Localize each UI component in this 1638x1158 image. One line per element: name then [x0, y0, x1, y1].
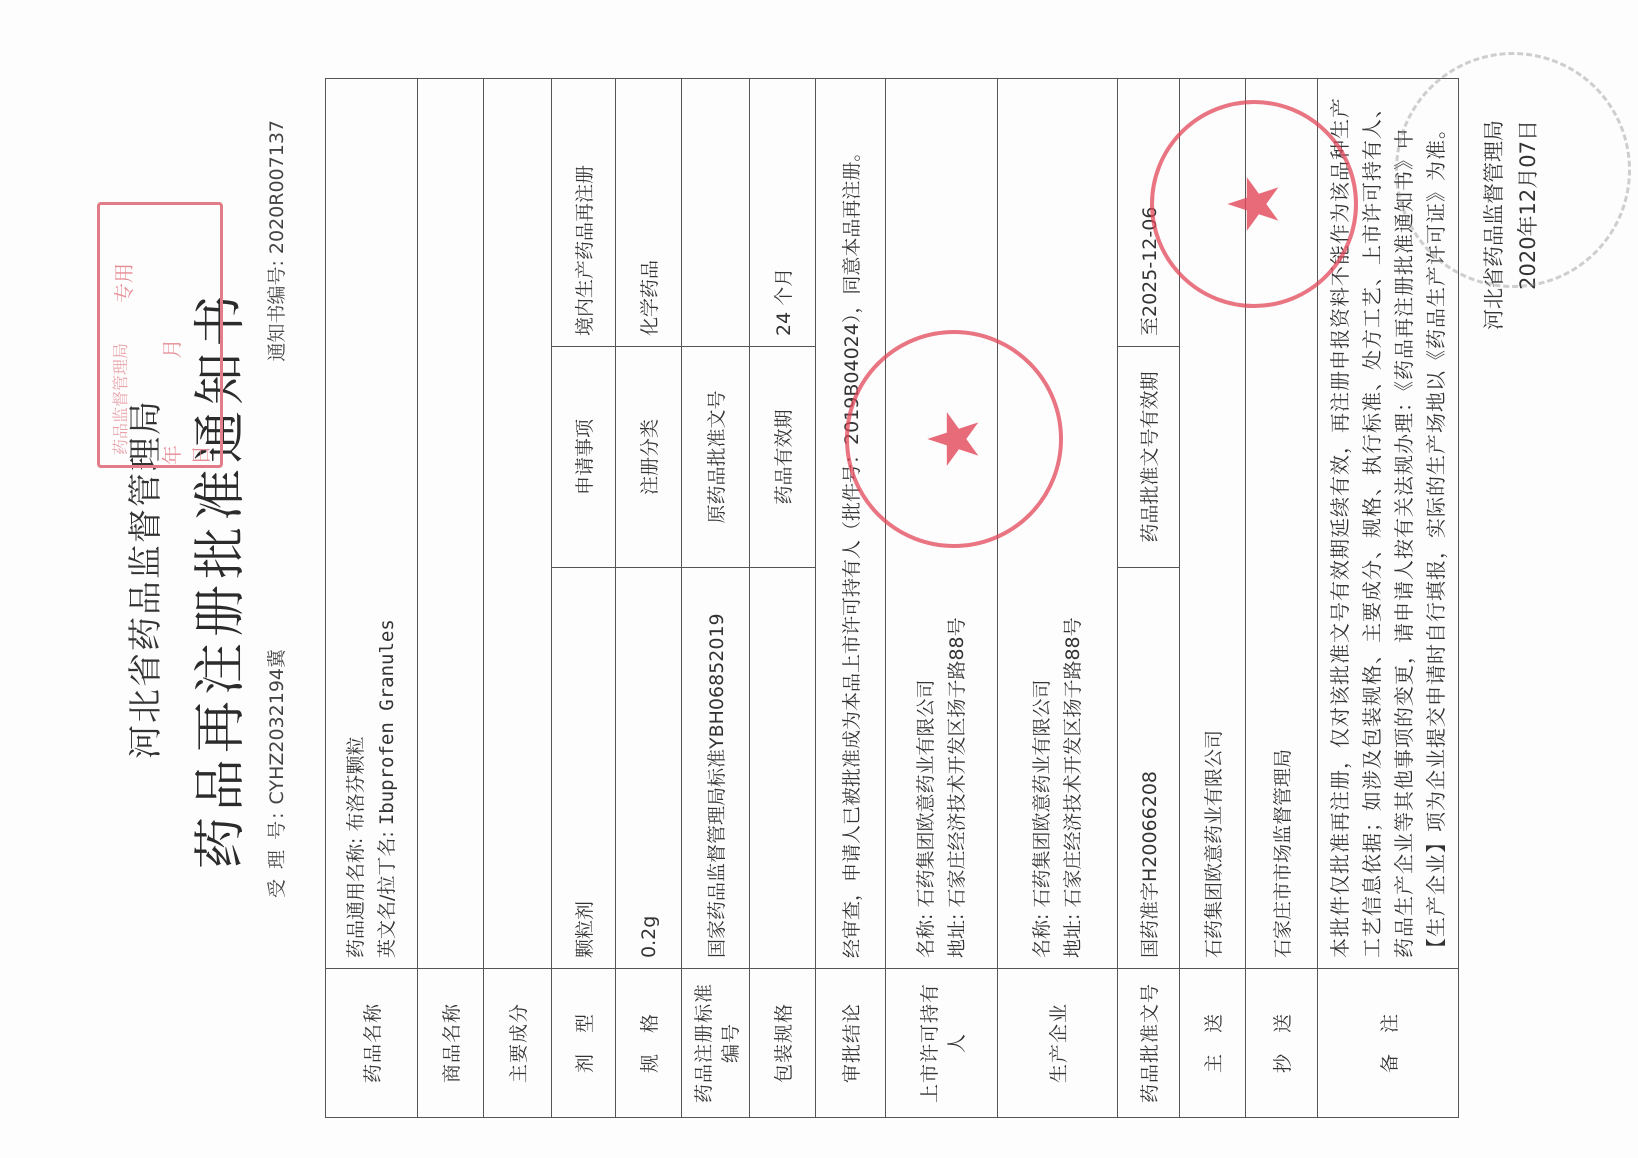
registration-category-value: 化学药品	[616, 79, 682, 347]
english-name-value: Ibuprofen Granules	[376, 619, 398, 825]
approval-table: 药品名称 药品通用名称: 布洛芬颗粒 英文名/拉丁名: Ibuprofen Gr…	[325, 78, 1459, 1118]
notice-number: 通知书编号: 2020R007137	[262, 120, 289, 362]
original-approval-number-label: 原药品批准文号	[682, 347, 750, 568]
cc-value: 石家庄市市场监督管理局	[1246, 79, 1318, 969]
remarks-label: 备 注	[1318, 969, 1459, 1118]
table-row: 包装规格 药品有效期 24 个月	[750, 79, 816, 1118]
issuing-authority-heading: 河北省药品监督管理局	[118, 0, 167, 1158]
document-meta: 受 理 号: CYHZ2032194冀 通知书编号: 2020R007137	[262, 120, 289, 898]
application-type-label: 申请事项	[552, 347, 616, 568]
application-type-value: 境内生产药品再注册	[552, 79, 616, 347]
manufacturer-address-label: 地址:	[1062, 914, 1084, 958]
trade-name-value	[418, 79, 484, 969]
primary-recipient-label: 主 送	[1180, 969, 1246, 1118]
manufacturer-cell: 名称: 石药集团欧意药业有限公司 地址: 石家庄经济技术开发区扬子路88号	[998, 79, 1118, 969]
remarks-line: 本批件仅批准再注册，仅对该批准文号有效期延续有效，再注册申报资料不能作为该品种生…	[1324, 89, 1356, 958]
table-row: 生产企业 名称: 石药集团欧意药业有限公司 地址: 石家庄经济技术开发区扬子路8…	[998, 79, 1118, 1118]
mah-name-value: 石药集团欧意药业有限公司	[915, 680, 937, 908]
conclusion-value: 经审查，申请人已被批准成为本品上市许可持有人（批件号：2019B04024），同…	[816, 79, 886, 969]
packaging-value	[750, 568, 816, 969]
main-ingredient-value	[484, 79, 552, 969]
acceptance-number: 受 理 号: CYHZ2032194冀	[262, 649, 289, 898]
red-box-stamp: 药品监督管理局 专用 年 月 日	[97, 202, 223, 468]
manufacturer-address-value: 石家庄经济技术开发区扬子路88号	[1062, 617, 1084, 907]
table-row: 主 送 石药集团欧意药业有限公司	[1180, 79, 1246, 1118]
document-title: 药品再注册批准通知书	[178, 0, 253, 1158]
mah-cell: 名称: 石药集团欧意药业有限公司 地址: 石家庄经济技术开发区扬子路88号	[886, 79, 998, 969]
table-row: 商品名称	[418, 79, 484, 1118]
english-name-label: 英文名/拉丁名:	[376, 831, 398, 958]
table-row: 抄 送 石家庄市市场监督管理局	[1246, 79, 1318, 1118]
table-row: 审批结论 经审查，申请人已被批准成为本品上市许可持有人（批件号：2019B040…	[816, 79, 886, 1118]
table-row: 药品批准文号 国药准字H20066208 药品批准文号有效期 至2025-12-…	[1118, 79, 1180, 1118]
specification-value: 0.2g	[616, 568, 682, 969]
manufacturer-name-value: 石药集团欧意药业有限公司	[1031, 680, 1053, 908]
notice-document: 河北省药品监督管理局 药品再注册批准通知书 药品监督管理局 专用 年 月 日 受…	[0, 0, 1638, 1158]
table-row: 药品注册标准编号 国家药品监督管理局标准YBH06852019 原药品批准文号	[682, 79, 750, 1118]
drug-name-label: 药品名称	[326, 969, 418, 1118]
remarks-line: 【生产企业】项为企业提交申请时自行填报，实际的生产场地以《药品生产许可证》为准。	[1420, 89, 1452, 958]
mah-name-label: 名称:	[915, 914, 937, 958]
red-box-date-text: 年 月 日	[156, 215, 214, 465]
packaging-label: 包装规格	[750, 969, 816, 1118]
cc-label: 抄 送	[1246, 969, 1318, 1118]
table-row: 规 格 0.2g 注册分类 化学药品	[616, 79, 682, 1118]
signature-date: 2020年12月07日	[1512, 120, 1546, 330]
notice-number-value: 2020R007137	[266, 120, 288, 254]
mah-label: 上市许可持有人	[886, 969, 998, 1118]
mah-address-value: 石家庄经济技术开发区扬子路88号	[946, 617, 968, 907]
remarks-line: 药品生产企业等其他事项的变更，请申请人按有关法规办理：《药品再注册批准通知书》中	[1388, 89, 1420, 958]
table-row: 剂 型 颗粒剂 申请事项 境内生产药品再注册	[552, 79, 616, 1118]
notice-number-label: 通知书编号:	[266, 260, 288, 361]
remarks-cell: 本批件仅批准再注册，仅对该批准文号有效期延续有效，再注册申报资料不能作为该品种生…	[1318, 79, 1459, 969]
red-box-top-text: 药品监督管理局	[108, 343, 131, 455]
acceptance-number-label: 受 理 号:	[266, 811, 288, 898]
main-ingredient-label: 主要成分	[484, 969, 552, 1118]
acceptance-number-value: CYHZ2032194冀	[266, 649, 288, 804]
table-row: 主要成分	[484, 79, 552, 1118]
manufacturer-name-label: 名称:	[1031, 914, 1053, 958]
approval-validity-label: 药品批准文号有效期	[1118, 347, 1180, 568]
shelf-life-label: 药品有效期	[750, 347, 816, 568]
registration-category-label: 注册分类	[616, 347, 682, 568]
remarks-line: 工艺信息依据；如涉及包装规格、主要成分、规格、执行标准、处方工艺、上市许可持有人…	[1356, 89, 1388, 958]
conclusion-label: 审批结论	[816, 969, 886, 1118]
table-row: 备 注 本批件仅批准再注册，仅对该批准文号有效期延续有效，再注册申报资料不能作为…	[1318, 79, 1459, 1118]
generic-name-label: 药品通用名称:	[345, 838, 367, 958]
signature-authority: 河北省药品监督管理局	[1478, 120, 1512, 330]
signature-block: 河北省药品监督管理局 2020年12月07日	[1478, 120, 1545, 330]
primary-recipient-value: 石药集团欧意药业有限公司	[1180, 79, 1246, 969]
specification-label: 规 格	[616, 969, 682, 1118]
manufacturer-label: 生产企业	[998, 969, 1118, 1118]
shelf-life-value: 24 个月	[750, 79, 816, 347]
generic-name-value: 布洛芬颗粒	[345, 737, 367, 832]
approval-validity-value: 至2025-12-06	[1118, 79, 1180, 347]
red-box-right-text: 专用	[108, 263, 137, 303]
standard-number-label: 药品注册标准编号	[682, 969, 750, 1118]
drug-name-cell: 药品通用名称: 布洛芬颗粒 英文名/拉丁名: Ibuprofen Granule…	[326, 79, 418, 969]
original-approval-number-value	[682, 79, 750, 347]
approval-number-value: 国药准字H20066208	[1118, 568, 1180, 969]
approval-number-label: 药品批准文号	[1118, 969, 1180, 1118]
dosage-form-value: 颗粒剂	[552, 568, 616, 969]
mah-address-label: 地址:	[946, 914, 968, 958]
standard-number-value: 国家药品监督管理局标准YBH06852019	[682, 568, 750, 969]
trade-name-label: 商品名称	[418, 969, 484, 1118]
table-row: 上市许可持有人 名称: 石药集团欧意药业有限公司 地址: 石家庄经济技术开发区扬…	[886, 79, 998, 1118]
table-row: 药品名称 药品通用名称: 布洛芬颗粒 英文名/拉丁名: Ibuprofen Gr…	[326, 79, 418, 1118]
dosage-form-label: 剂 型	[552, 969, 616, 1118]
